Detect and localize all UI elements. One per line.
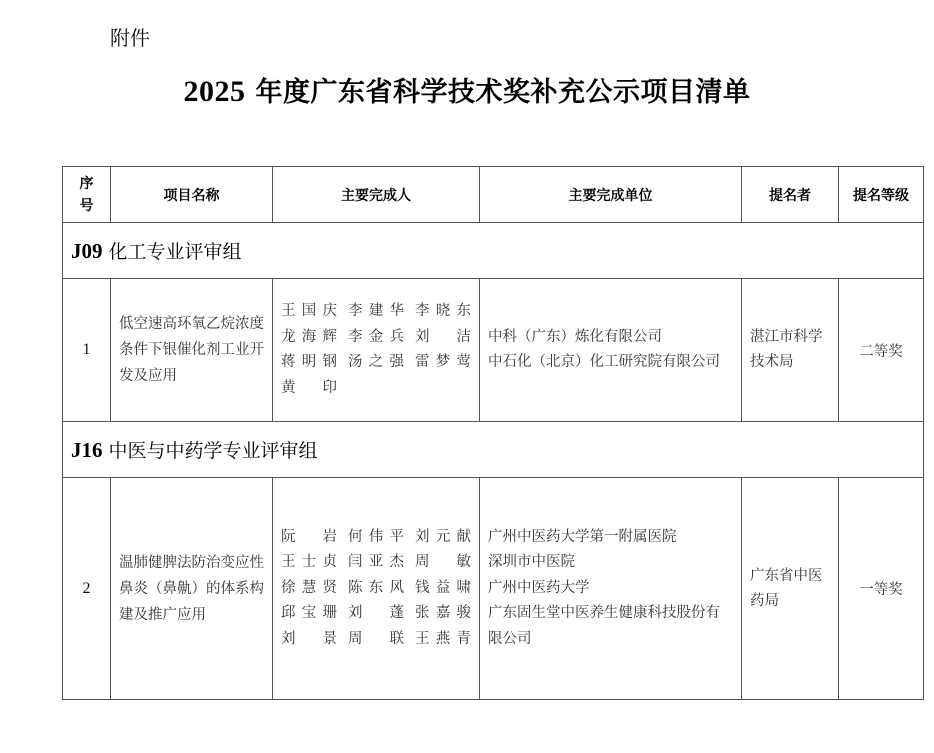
person-line: 邱宝珊 刘 蓬 张嘉骏 (281, 601, 471, 627)
group-code: J16 (71, 438, 103, 462)
group-row: J09 化工专业评审组 (63, 223, 924, 279)
person-name: 王士贞 (281, 550, 337, 576)
header-seq-line2: 号 (63, 195, 110, 217)
unit-name: 广州中医药大学 (488, 576, 733, 602)
row-main-units: 广州中医药大学第一附属医院 深圳市中医院 广州中医药大学 广东固生堂中医养生健康… (480, 478, 742, 700)
unit-name: 广州中医药大学第一附属医院 (488, 525, 733, 551)
row-project-name: 温肺健脾法防治变应性鼻炎（鼻鼽）的体系构建及推广应用 (111, 478, 273, 700)
unit-name: 中科（广东）炼化有限公司 (488, 325, 733, 351)
header-project-name: 项目名称 (111, 167, 273, 223)
unit-name: 深圳市中医院 (488, 550, 733, 576)
person-line: 王士贞 闫亚杰 周 敏 (281, 550, 471, 576)
group-heading-j16: J16 中医与中药学专业评审组 (63, 422, 924, 478)
person-name: 钱益啸 (415, 576, 471, 602)
attachment-label: 附件 (110, 22, 150, 51)
row-nominator: 湛江市科学技术局 (742, 279, 839, 422)
person-name: 闫亚杰 (348, 550, 404, 576)
person-name: 李晓东 (415, 299, 471, 325)
person-line: 王国庆 李建华 李晓东 (281, 299, 471, 325)
header-nominator: 提名者 (742, 167, 839, 223)
table-row: 1 低空速高环氧乙烷浓度条件下银催化剂工业开发及应用 王国庆 李建华 李晓东 龙… (63, 279, 924, 422)
row-level: 二等奖 (839, 279, 924, 422)
group-name: 中医与中药学专业评审组 (103, 440, 318, 462)
header-seq-line1: 序 (63, 173, 110, 195)
person-name: 黄 印 (281, 376, 337, 402)
person-line: 蒋明钢 汤之强 雷梦莺 (281, 350, 471, 376)
person-name: 刘 蓬 (348, 601, 404, 627)
header-seq: 序 号 (63, 167, 111, 223)
person-line: 龙海辉 李金兵 刘 洁 (281, 325, 471, 351)
table-header-row: 序 号 项目名称 主要完成人 主要完成单位 提名者 提名等级 (63, 167, 924, 223)
unit-name: 中石化（北京）化工研究院有限公司 (488, 350, 733, 376)
row-seq: 2 (63, 478, 111, 700)
person-name: 王燕青 (415, 627, 471, 653)
group-row: J16 中医与中药学专业评审组 (63, 422, 924, 478)
person-line: 刘 景 周 联 王燕青 (281, 627, 471, 653)
person-name: 蒋明钢 (281, 350, 337, 376)
person-empty (348, 376, 404, 402)
title-text: 年度广东省科学技术奖补充公示项目清单 (246, 77, 751, 108)
person-name: 龙海辉 (281, 325, 337, 351)
row-project-name: 低空速高环氧乙烷浓度条件下银催化剂工业开发及应用 (111, 279, 273, 422)
person-empty (415, 376, 471, 402)
person-line: 黄 印 (281, 376, 471, 402)
person-name: 李金兵 (348, 325, 404, 351)
header-main-persons: 主要完成人 (273, 167, 480, 223)
person-name: 刘 洁 (415, 325, 471, 351)
group-name: 化工专业评审组 (103, 241, 242, 263)
award-project-table: 序 号 项目名称 主要完成人 主要完成单位 提名者 提名等级 J09 化工专业评… (62, 166, 924, 700)
person-name: 邱宝珊 (281, 601, 337, 627)
person-name: 陈东风 (348, 576, 404, 602)
person-name: 周 联 (348, 627, 404, 653)
title-year: 2025 (184, 75, 246, 108)
unit-name: 广东固生堂中医养生健康科技股份有限公司 (488, 601, 733, 652)
person-name: 张嘉骏 (415, 601, 471, 627)
person-line: 徐慧贤 陈东风 钱益啸 (281, 576, 471, 602)
person-name: 刘元献 (415, 525, 471, 551)
header-nominated-level: 提名等级 (839, 167, 924, 223)
person-name: 李建华 (348, 299, 404, 325)
person-name: 徐慧贤 (281, 576, 337, 602)
row-seq: 1 (63, 279, 111, 422)
group-heading-j09: J09 化工专业评审组 (63, 223, 924, 279)
row-nominator: 广东省中医药局 (742, 478, 839, 700)
document-title: 2025 年度广东省科学技术奖补充公示项目清单 (0, 70, 934, 109)
header-main-units: 主要完成单位 (480, 167, 742, 223)
table-row: 2 温肺健脾法防治变应性鼻炎（鼻鼽）的体系构建及推广应用 阮 岩 何伟平 刘元献… (63, 478, 924, 700)
person-name: 刘 景 (281, 627, 337, 653)
person-name: 何伟平 (348, 525, 404, 551)
person-line: 阮 岩 何伟平 刘元献 (281, 525, 471, 551)
row-main-persons: 阮 岩 何伟平 刘元献 王士贞 闫亚杰 周 敏 徐慧贤 陈东风 钱益啸 邱宝珊 … (273, 478, 480, 700)
row-main-persons: 王国庆 李建华 李晓东 龙海辉 李金兵 刘 洁 蒋明钢 汤之强 雷梦莺 黄 印 (273, 279, 480, 422)
person-name: 周 敏 (415, 550, 471, 576)
row-level: 一等奖 (839, 478, 924, 700)
person-name: 王国庆 (281, 299, 337, 325)
row-main-units: 中科（广东）炼化有限公司 中石化（北京）化工研究院有限公司 (480, 279, 742, 422)
group-code: J09 (71, 239, 103, 263)
person-name: 汤之强 (348, 350, 404, 376)
person-name: 雷梦莺 (415, 350, 471, 376)
person-name: 阮 岩 (281, 525, 337, 551)
